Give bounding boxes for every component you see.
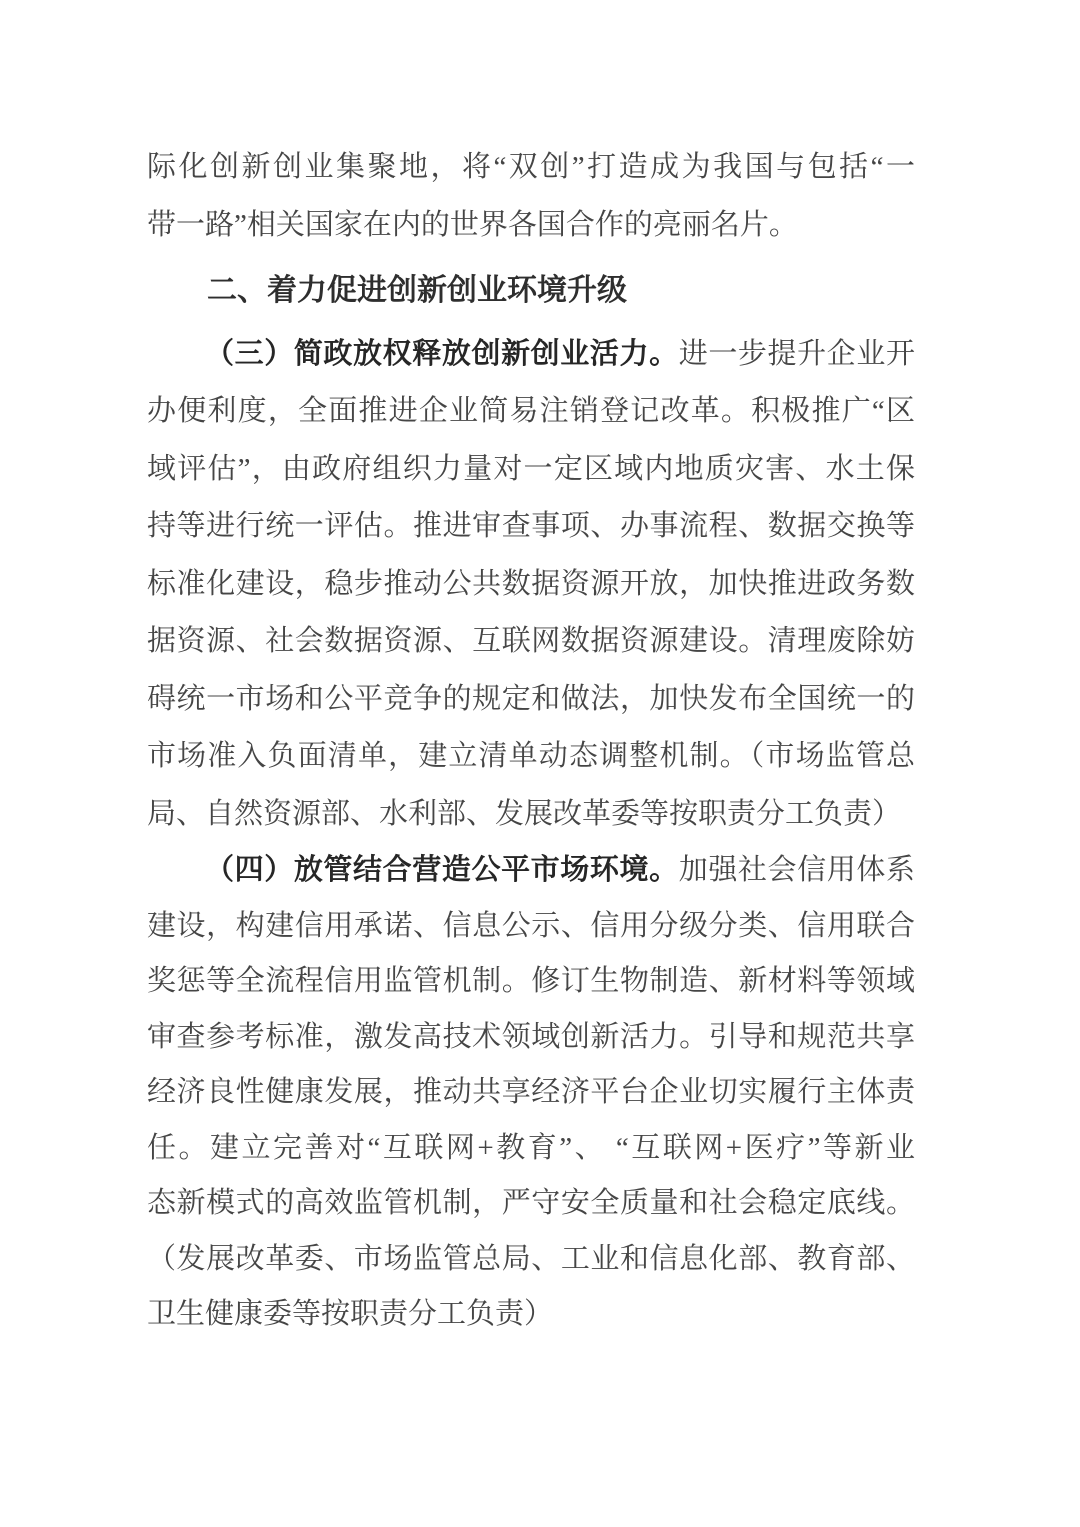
paragraph-lead-bold: （四）放管结合营造公平市场环境。 — [205, 854, 679, 886]
text-line: （四）放管结合营造公平市场环境。加强社会信用体系 — [147, 843, 915, 899]
paragraph-text: 加强社会信用体系 — [679, 854, 915, 886]
text-line: 持等进行统一评估。推进审查事项、办事流程、数据交换等 — [147, 498, 915, 556]
document-body: 际化创新创业集聚地，将“双创”打造成为我国与包括“一带一路”相关国家在内的世界各… — [0, 0, 1080, 1343]
text-line: 际化创新创业集聚地，将“双创”打造成为我国与包括“一 — [147, 139, 915, 197]
text-line: 办便利度，全面推进企业简易注销登记改革。积极推广“区 — [147, 383, 915, 441]
text-line: （发展改革委、市场监管总局、工业和信息化部、教育部、 — [147, 1232, 915, 1288]
text-line: 据资源、社会数据资源、互联网数据资源建设。清理废除妨 — [147, 613, 915, 671]
paragraph-lead-bold: （三）简政放权释放创新创业活力。 — [205, 338, 679, 370]
text-line: 局、自然资源部、水利部、发展改革委等按职责分工负责） — [147, 786, 915, 844]
text-line: 任。建立完善对“互联网+教育”、 “互联网+医疗”等新业 — [147, 1121, 915, 1177]
document-page: 际化创新创业集聚地，将“双创”打造成为我国与包括“一带一路”相关国家在内的世界各… — [0, 0, 1080, 1527]
paragraph-text: 进一步提升企业开 — [679, 338, 915, 370]
text-line: 建设，构建信用承诺、信息公示、信用分级分类、信用联合 — [147, 899, 915, 955]
text-line: 碍统一市场和公平竞争的规定和做法，加快发布全国统一的 — [147, 671, 915, 729]
text-line: 奖惩等全流程信用监管机制。修订生物制造、新材料等领域 — [147, 954, 915, 1010]
text-line: 经济良性健康发展，推动共享经济平台企业切实履行主体责 — [147, 1065, 915, 1121]
text-line: 域评估”，由政府组织力量对一定区域内地质灾害、水土保 — [147, 441, 915, 499]
text-line: 带一路”相关国家在内的世界各国合作的亮丽名片。 — [147, 197, 915, 255]
section-heading: 二、着力促进创新创业环境升级 — [147, 262, 915, 320]
text-line: 态新模式的高效监管机制，严守安全质量和社会稳定底线。 — [147, 1176, 915, 1232]
text-line: 市场准入负面清单，建立清单动态调整机制。（市场监管总 — [147, 728, 915, 786]
text-line: 审查参考标准，激发高技术领域创新活力。引导和规范共享 — [147, 1010, 915, 1066]
text-line: 标准化建设，稳步推动公共数据资源开放，加快推进政务数 — [147, 556, 915, 614]
text-line: （三）简政放权释放创新创业活力。进一步提升企业开 — [147, 326, 915, 384]
text-line: 卫生健康委等按职责分工负责） — [147, 1287, 915, 1343]
